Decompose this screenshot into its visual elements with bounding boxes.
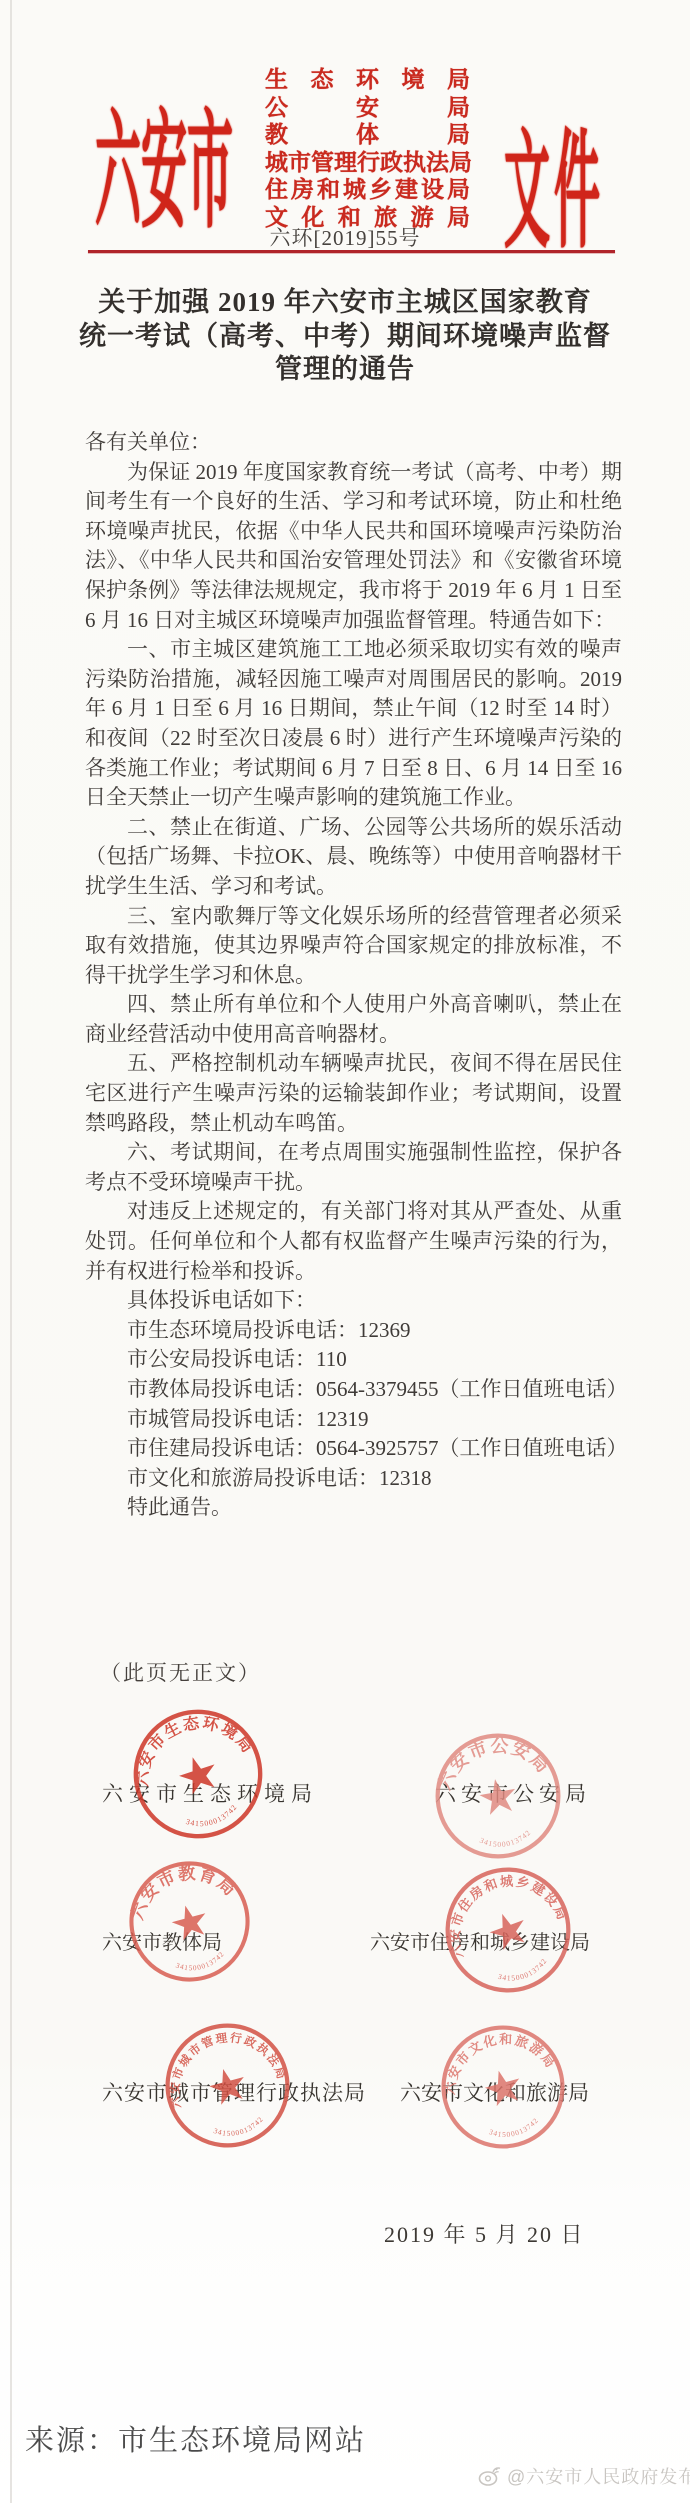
svg-text:341500013742: 341500013742 [210,2113,267,2143]
body-paragraph: 一、市主城区建筑施工工地必须采取切实有效的噪声污染防治措施，减轻因施工噪声对周围… [85,635,622,813]
department-row: 生态环境局 [265,66,470,94]
source-caption: 来源：市生态环境局网站 [25,2418,366,2459]
body-paragraph: 为保证 2019 年度国家教育统一考试（高考、中考）期间考生有一个良好的生活、学… [85,458,622,636]
body-paragraph: 三、室内歌舞厅等文化娱乐场所的经营管理者必须采取有效措施，使其边界噪声符合国家规… [85,902,622,991]
document-number: 六环[2019]55号 [0,222,690,252]
closing-line: 特此通告。 [85,1493,622,1523]
svg-text:341500013742: 341500013742 [173,1949,229,1978]
phone-line: 市公安局投诉电话：110 [85,1345,622,1375]
svg-text:★: ★ [473,1767,524,1829]
svg-text:★: ★ [476,2056,530,2119]
svg-text:★: ★ [169,1742,228,1809]
svg-text:★: ★ [201,2056,255,2119]
document-body: 各有关单位： 为保证 2019 年度国家教育统一考试（高考、中考）期间考生有一个… [85,428,622,1523]
department-row: 公安局 [265,94,470,122]
body-paragraph: 四、禁止所有单位和个人使用户外高音喇叭，禁止在商业经营活动中使用高音响器材。 [85,990,622,1049]
body-paragraph: 二、禁止在街道、广场、公园等公共场所的娱乐活动（包括广场舞、卡拉OK、晨、晚练等… [85,813,622,902]
body-paragraph: 具体投诉电话如下： [85,1286,622,1316]
no-text-note: （此页无正文） [100,1657,261,1687]
body-paragraph: 对违反上述规定的，有关部门将对其从严查处、从重处罚。任何单位和个人都有权监督产生… [85,1197,622,1286]
phone-list: 市生态环境局投诉电话：12369市公安局投诉电话：110市教体局投诉电话：056… [85,1316,622,1494]
svg-text:341500013742: 341500013742 [486,2114,543,2144]
phone-line: 市教体局投诉电话：0564-3379455（工作日值班电话） [85,1375,622,1405]
phone-line: 市生态环境局投诉电话：12369 [85,1316,622,1346]
issuer-department-list: 生态环境局公安局教体局城市管理行政执法局住房和城乡建设局文化和旅游局 [265,66,470,232]
document-date: 2019 年 5 月 20 日 [384,2218,585,2249]
weibo-icon [478,2466,502,2486]
body-paragraph: 六、考试期间，在考点周围实施强制性监控，保护各考点不受环境噪声干扰。 [85,1138,622,1197]
phone-line: 市城管局投诉电话：12319 [85,1405,622,1435]
svg-text:★: ★ [163,1891,216,1953]
phone-line: 市住建局投诉电话：0564-3925757（工作日值班电话） [85,1434,622,1464]
paragraph-list: 为保证 2019 年度国家教育统一考试（高考、中考）期间考生有一个良好的生活、学… [85,458,622,1316]
official-seal-public-security: 六安市公安局★341500013742 [432,1730,564,1862]
official-seal-culture-tourism: 六安市文化和旅游局★341500013742 [438,2022,568,2152]
red-divider-line [88,250,615,253]
watermark-text: @六安市人民政府发布 [507,2463,690,2489]
phone-line: 市文化和旅游局投诉电话：12318 [85,1464,622,1494]
department-row: 教体局 [265,121,470,149]
department-row: 住房和城乡建设局 [265,176,470,204]
weibo-watermark: @六安市人民政府发布 [478,2463,690,2489]
official-seal-urban-management: 六安市城市管理行政执法局★341500013742 [162,2020,293,2151]
document-page: 六安市 生态环境局公安局教体局城市管理行政执法局住房和城乡建设局文化和旅游局 文… [0,0,690,2503]
official-seal-housing-construction: 六安市住房和城乡建设局★341500013742 [442,1864,574,1996]
official-seal-ecology-environment: 六安市生态环境局★341500013742 [130,1706,266,1842]
body-paragraph: 五、严格控制机动车辆噪声扰民，夜间不得在居民住宅区进行产生噪声污染的运输装卸作业… [85,1049,622,1138]
official-seal-education: 六安市教育局★341500013742 [126,1858,253,1985]
department-row: 城市管理行政执法局 [265,149,470,177]
document-title: 关于加强 2019 年六安市主城区国家教育统一考试（高考、中考）期间环境噪声监督… [0,286,690,387]
svg-text:★: ★ [479,1898,538,1964]
salutation: 各有关单位： [85,428,622,458]
